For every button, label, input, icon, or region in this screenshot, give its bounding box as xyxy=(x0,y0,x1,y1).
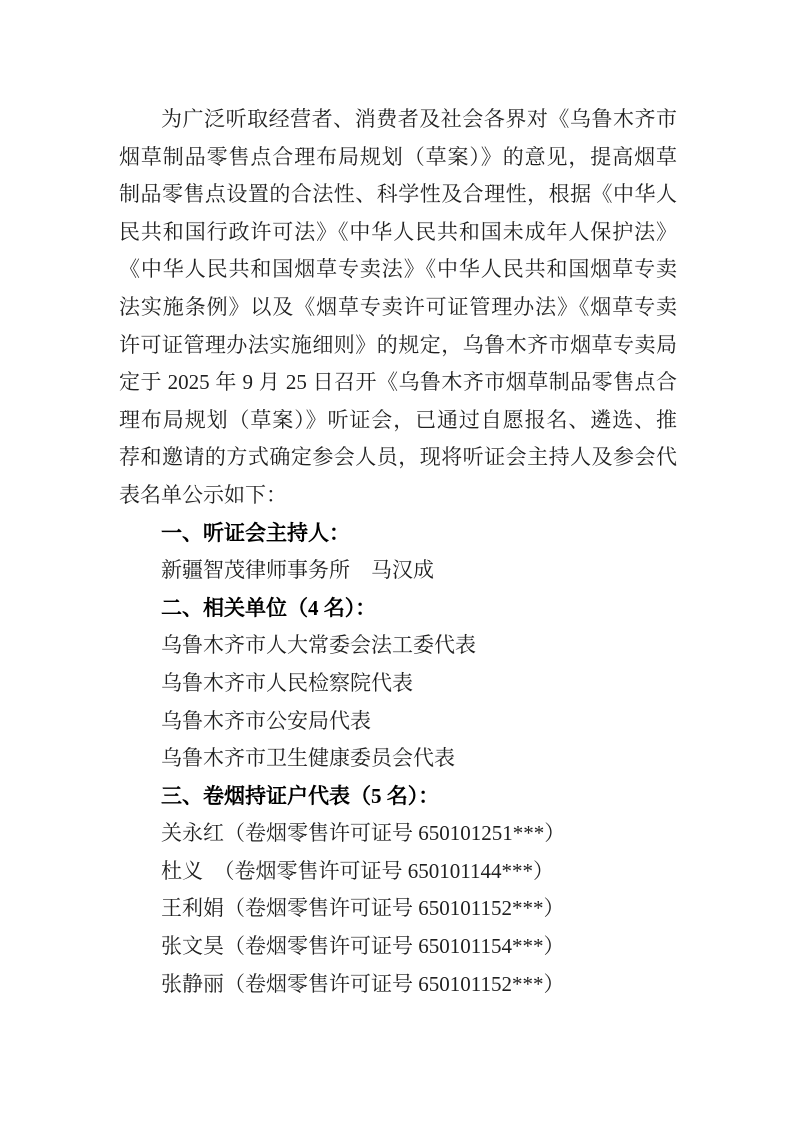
paragraph-line: 为广泛听取经营者、消费者及社会各界对《乌鲁木齐市 xyxy=(119,101,677,139)
list-item-unit: 乌鲁木齐市人民检察院代表 xyxy=(119,665,677,703)
list-item-licensee: 张静丽（卷烟零售许可证号 650101152***） xyxy=(119,966,677,1004)
list-item-licensee: 关永红（卷烟零售许可证号 650101251***） xyxy=(119,815,677,853)
section-heading-host: 一、听证会主持人： xyxy=(119,515,677,553)
paragraph-line: 荐和邀请的方式确定参会人员，现将听证会主持人及参会代 xyxy=(119,439,677,477)
paragraph-line: 定于 2025 年 9 月 25 日召开《乌鲁木齐市烟草制品零售点合 xyxy=(119,364,677,402)
paragraph-line: 制品零售点设置的合法性、科学性及合理性，根据《中华人 xyxy=(119,176,677,214)
list-item-unit: 乌鲁木齐市公安局代表 xyxy=(119,703,677,741)
section-heading-licensees: 三、卷烟持证户代表（5 名）： xyxy=(119,778,677,816)
paragraph-line: 表名单公示如下： xyxy=(119,477,677,515)
paragraph-line: 《中华人民共和国烟草专卖法》《中华人民共和国烟草专卖 xyxy=(119,251,677,289)
paragraph-line: 法实施条例》以及《烟草专卖许可证管理办法》《烟草专卖 xyxy=(119,289,677,327)
document-page: 为广泛听取经营者、消费者及社会各界对《乌鲁木齐市 烟草制品零售点合理布局规划（草… xyxy=(0,0,793,1122)
paragraph-line: 民共和国行政许可法》《中华人民共和国未成年人保护法》 xyxy=(119,214,677,252)
list-item-unit: 乌鲁木齐市卫生健康委员会代表 xyxy=(119,740,677,778)
list-item-unit: 乌鲁木齐市人大常委会法工委代表 xyxy=(119,627,677,665)
list-item-licensee: 张文昊（卷烟零售许可证号 650101154***） xyxy=(119,928,677,966)
section-heading-units: 二、相关单位（4 名）： xyxy=(119,590,677,628)
paragraph-line: 许可证管理办法实施细则》的规定，乌鲁木齐市烟草专卖局 xyxy=(119,327,677,365)
paragraph-line: 烟草制品零售点合理布局规划（草案）》的意见，提高烟草 xyxy=(119,139,677,177)
list-item-licensee: 王利娟（卷烟零售许可证号 650101152***） xyxy=(119,890,677,928)
document-body: 为广泛听取经营者、消费者及社会各界对《乌鲁木齐市 烟草制品零售点合理布局规划（草… xyxy=(119,101,677,1003)
list-item-licensee: 杜义 （卷烟零售许可证号 650101144***） xyxy=(119,853,677,891)
paragraph-line: 理布局规划（草案）》听证会，已通过自愿报名、遴选、推 xyxy=(119,402,677,440)
list-item-host: 新疆智茂律师事务所 马汉成 xyxy=(119,552,677,590)
